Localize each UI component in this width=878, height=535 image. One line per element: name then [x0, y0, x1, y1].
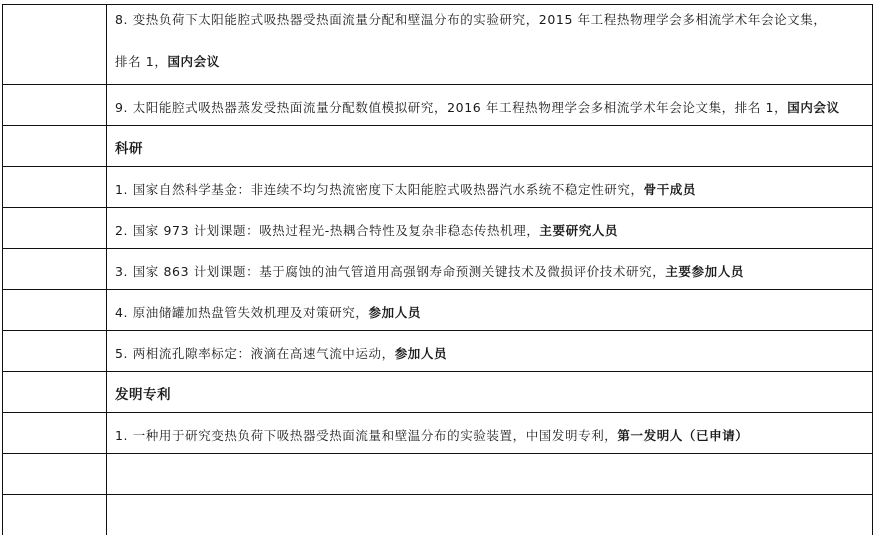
- table-row: 发明专利: [3, 372, 873, 413]
- left-cell: [3, 454, 107, 495]
- resume-table: 8. 变热负荷下太阳能腔式吸热器受热面流量分配和壁温分布的实验研究，2015 年…: [2, 4, 873, 535]
- table-row-empty: [3, 454, 873, 495]
- table-row: 科研: [3, 126, 873, 167]
- research-heading: 科研: [115, 126, 872, 166]
- paper-category: 国内会议: [787, 100, 839, 115]
- table-row: 8. 变热负荷下太阳能腔式吸热器受热面流量分配和壁温分布的实验研究，2015 年…: [3, 5, 873, 85]
- research-item-text: 4. 原油储罐加热盘管失效机理及对策研究，: [115, 305, 369, 320]
- research-heading-cell: 科研: [107, 126, 873, 167]
- research-item-role: 参加人员: [395, 346, 447, 361]
- left-cell: [3, 413, 107, 454]
- research-item-role: 骨干成员: [644, 182, 696, 197]
- patents-heading: 发明专利: [115, 372, 872, 412]
- paper-item-9: 9. 太阳能腔式吸热器蒸发受热面流量分配数值模拟研究，2016 年工程热物理学会…: [107, 85, 873, 126]
- research-item-role: 参加人员: [369, 305, 421, 320]
- research-item-4: 4. 原油储罐加热盘管失效机理及对策研究，参加人员: [107, 290, 873, 331]
- left-cell: [3, 290, 107, 331]
- left-cell: [3, 495, 107, 535]
- left-cell: [3, 85, 107, 126]
- left-cell: [3, 167, 107, 208]
- left-cell: [3, 372, 107, 413]
- empty-cell: [107, 454, 873, 495]
- patent-item-text: 1. 一种用于研究变热负荷下吸热器受热面流量和壁温分布的实验装置，中国发明专利，: [115, 428, 617, 443]
- left-cell: [3, 208, 107, 249]
- left-cell: [3, 249, 107, 290]
- research-item-role: 主要研究人员: [539, 223, 618, 238]
- research-item-text: 5. 两相流孔隙率标定：液滴在高速气流中运动，: [115, 346, 395, 361]
- table-row: 1. 国家自然科学基金：非连续不均匀热流密度下太阳能腔式吸热器汽水系统不稳定性研…: [3, 167, 873, 208]
- research-item-3: 3. 国家 863 计划课题：基于腐蚀的油气管道用高强钢寿命预测关键技术及微损评…: [107, 249, 873, 290]
- table-row: 1. 一种用于研究变热负荷下吸热器受热面流量和壁温分布的实验装置，中国发明专利，…: [3, 413, 873, 454]
- paper-category: 国内会议: [167, 54, 219, 69]
- table-row: 9. 太阳能腔式吸热器蒸发受热面流量分配数值模拟研究，2016 年工程热物理学会…: [3, 85, 873, 126]
- table-row: 5. 两相流孔隙率标定：液滴在高速气流中运动，参加人员: [3, 331, 873, 372]
- research-item-text: 1. 国家自然科学基金：非连续不均匀热流密度下太阳能腔式吸热器汽水系统不稳定性研…: [115, 182, 644, 197]
- patent-item-1: 1. 一种用于研究变热负荷下吸热器受热面流量和壁温分布的实验装置，中国发明专利，…: [107, 413, 873, 454]
- paper-item-8-line1: 8. 变热负荷下太阳能腔式吸热器受热面流量分配和壁温分布的实验研究，2015 年…: [115, 5, 872, 44]
- paper-item-8-line2: 排名 1，国内会议: [115, 44, 872, 84]
- research-item-1: 1. 国家自然科学基金：非连续不均匀热流密度下太阳能腔式吸热器汽水系统不稳定性研…: [107, 167, 873, 208]
- patent-item-role: 第一发明人（已申请）: [617, 428, 748, 443]
- empty-cell: [107, 495, 873, 535]
- paper-rank: 排名 1，: [115, 54, 167, 69]
- table-row: 4. 原油储罐加热盘管失效机理及对策研究，参加人员: [3, 290, 873, 331]
- research-item-5: 5. 两相流孔隙率标定：液滴在高速气流中运动，参加人员: [107, 331, 873, 372]
- research-item-text: 2. 国家 973 计划课题：吸热过程光-热耦合特性及复杂非稳态传热机理，: [115, 223, 539, 238]
- research-item-2: 2. 国家 973 计划课题：吸热过程光-热耦合特性及复杂非稳态传热机理，主要研…: [107, 208, 873, 249]
- research-item-role: 主要参加人员: [665, 264, 744, 279]
- patents-heading-cell: 发明专利: [107, 372, 873, 413]
- table-row: 2. 国家 973 计划课题：吸热过程光-热耦合特性及复杂非稳态传热机理，主要研…: [3, 208, 873, 249]
- left-cell: [3, 126, 107, 167]
- table-row-empty: [3, 495, 873, 535]
- paper-item-9-text: 9. 太阳能腔式吸热器蒸发受热面流量分配数值模拟研究，2016 年工程热物理学会…: [115, 100, 787, 115]
- table-row: 3. 国家 863 计划课题：基于腐蚀的油气管道用高强钢寿命预测关键技术及微损评…: [3, 249, 873, 290]
- research-item-text: 3. 国家 863 计划课题：基于腐蚀的油气管道用高强钢寿命预测关键技术及微损评…: [115, 264, 665, 279]
- paper-item-8: 8. 变热负荷下太阳能腔式吸热器受热面流量分配和壁温分布的实验研究，2015 年…: [107, 5, 873, 85]
- left-cell: [3, 5, 107, 85]
- left-cell: [3, 331, 107, 372]
